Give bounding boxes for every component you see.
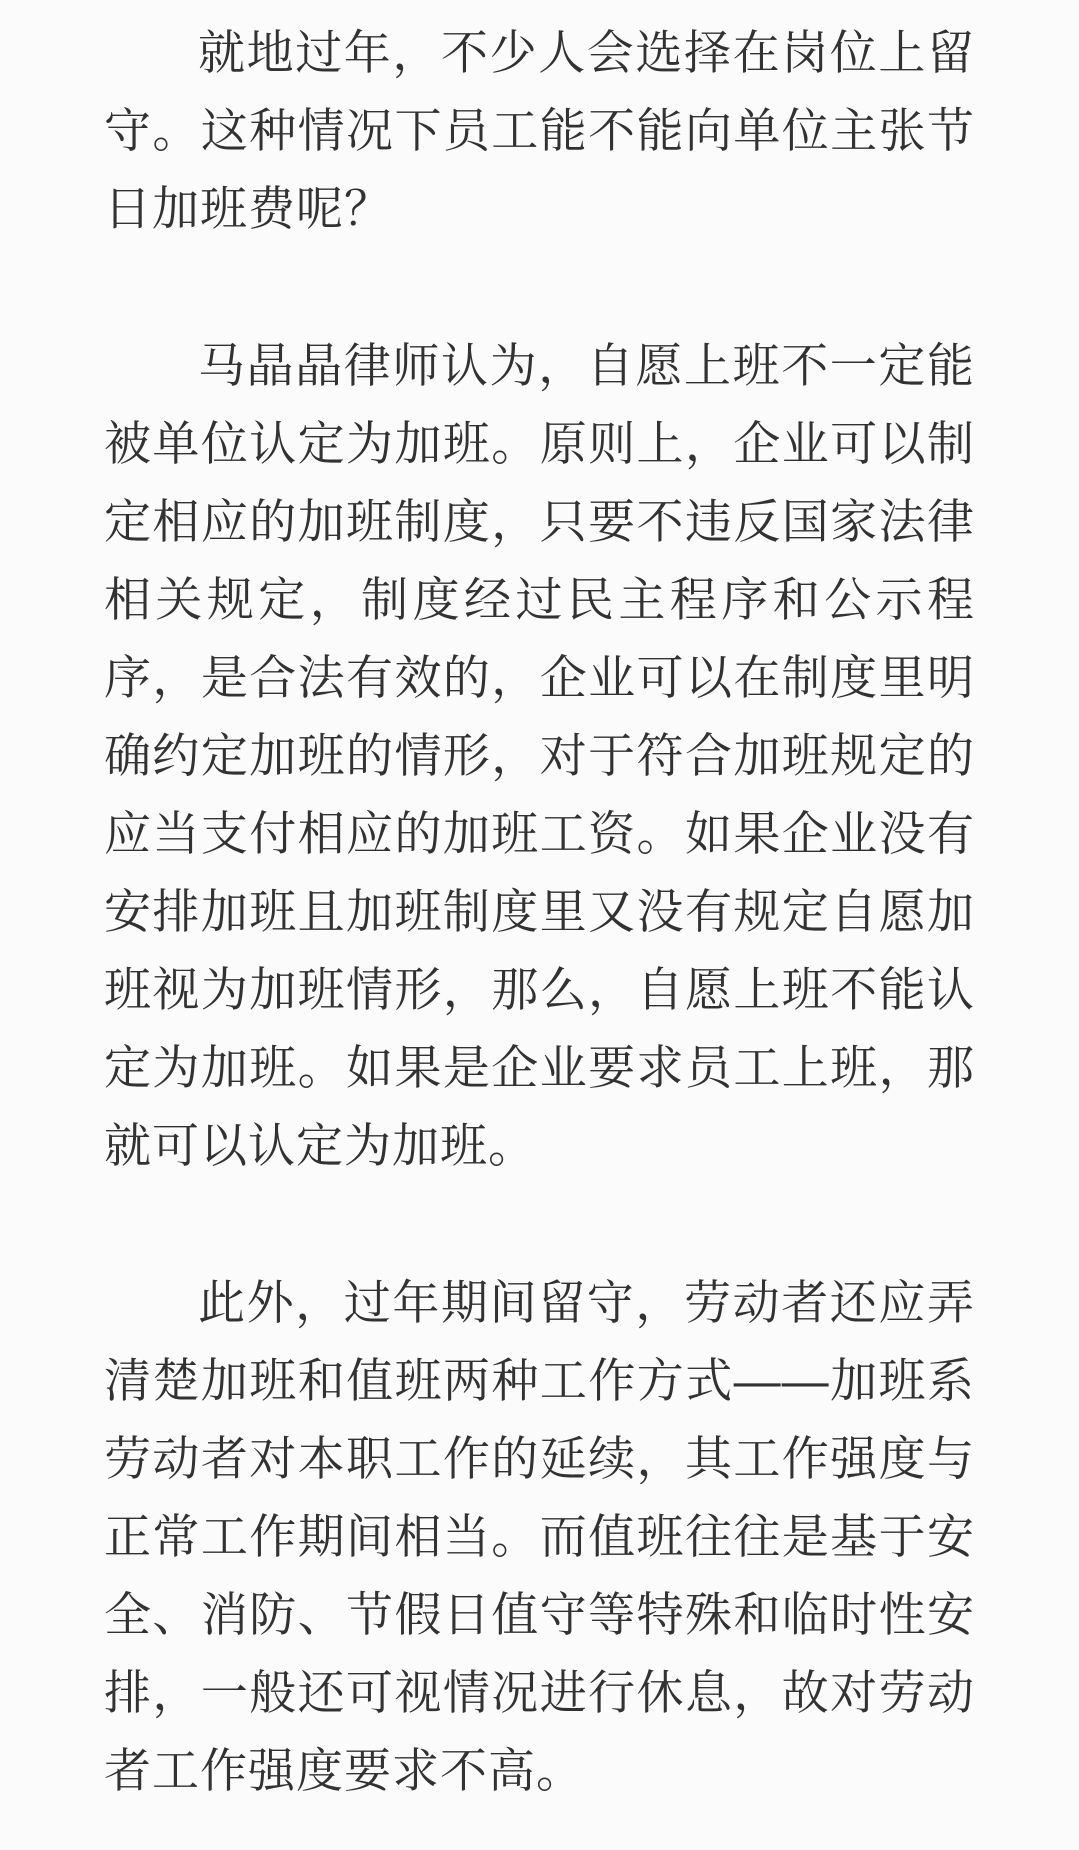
paragraph-overtime-vs-duty: 此外，过年期间留守，劳动者还应弄清楚加班和值班两种工作方式——加班系劳动者对本职… — [104, 1264, 975, 1810]
paragraph-intro: 就地过年，不少人会选择在岗位上留守。这种情况下员工能不能向单位主张节日加班费呢？ — [104, 14, 975, 248]
article-body: 就地过年，不少人会选择在岗位上留守。这种情况下员工能不能向单位主张节日加班费呢？… — [0, 0, 1079, 1810]
paragraph-lawyer-opinion: 马晶晶律师认为，自愿上班不一定能被单位认定为加班。原则上，企业可以制定相应的加班… — [104, 327, 975, 1185]
